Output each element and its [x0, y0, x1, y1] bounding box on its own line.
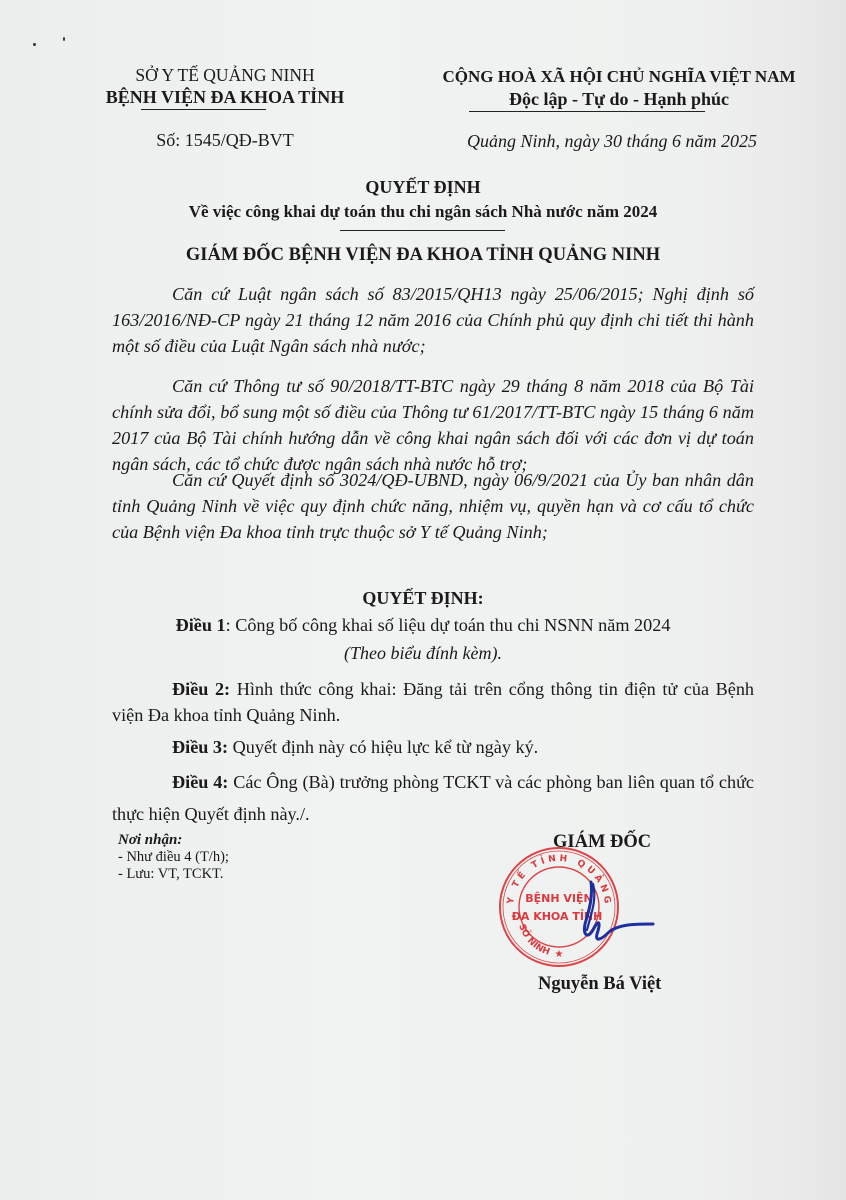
article-label: Điều 1	[176, 615, 226, 635]
issuing-agency: SỞ Y TẾ QUẢNG NINH BỆNH VIỆN ĐA KHOA TỈN…	[60, 64, 390, 108]
article-3: Điều 3: Quyết định này có hiệu lực kể từ…	[112, 734, 754, 760]
scan-speck	[63, 37, 65, 41]
divider	[469, 111, 705, 112]
agency-parent: SỞ Y TẾ QUẢNG NINH	[60, 64, 390, 86]
article-2: Điều 2: Hình thức công khai: Đăng tải tr…	[112, 676, 754, 728]
article-label: Điều 2:	[172, 679, 230, 699]
article-label: Điều 3:	[172, 737, 228, 757]
signer-name: Nguyễn Bá Việt	[538, 974, 661, 995]
scan-speck	[33, 43, 36, 46]
national-header: CỘNG HOÀ XÃ HỘI CHỦ NGHĨA VIỆT NAM Độc l…	[400, 66, 838, 110]
stamp-star-icon: ★	[555, 949, 564, 960]
national-motto: Độc lập - Tự do - Hạnh phúc	[400, 88, 838, 110]
document-number: Số: 1545/QĐ-BVT	[60, 130, 390, 151]
agency-name: BỆNH VIỆN ĐA KHOA TỈNH	[60, 86, 390, 108]
article-1-note: (Theo biểu đính kèm).	[0, 643, 846, 664]
recipient-item: - Như điều 4 (T/h);	[118, 849, 229, 866]
article-separator: :	[226, 615, 236, 635]
article-text: Quyết định này có hiệu lực kể từ ngày ký…	[233, 737, 539, 757]
article-1: Điều 1: Công bố công khai số liệu dự toá…	[0, 612, 846, 638]
article-label: Điều 4:	[172, 772, 228, 792]
document-type: QUYẾT ĐỊNH	[0, 177, 846, 198]
document-page: SỞ Y TẾ QUẢNG NINH BỆNH VIỆN ĐA KHOA TỈN…	[0, 0, 846, 1200]
issuing-authority: GIÁM ĐỐC BỆNH VIỆN ĐA KHOA TỈNH QUẢNG NI…	[0, 245, 846, 266]
divider	[340, 230, 505, 231]
divider	[141, 109, 266, 110]
handwritten-signature	[575, 880, 655, 950]
decision-heading: QUYẾT ĐỊNH:	[0, 588, 846, 609]
legal-basis-2: Căn cứ Thông tư số 90/2018/TT-BTC ngày 2…	[112, 373, 754, 477]
legal-basis-3: Căn cứ Quyết định số 3024/QĐ-UBND, ngày …	[112, 467, 754, 545]
nation-name: CỘNG HOÀ XÃ HỘI CHỦ NGHĨA VIỆT NAM	[400, 66, 838, 88]
article-separator	[230, 679, 237, 699]
article-4: Điều 4: Các Ông (Bà) trưởng phòng TCKT v…	[112, 766, 754, 830]
recipient-item: - Lưu: VT, TCKT.	[118, 866, 229, 883]
legal-basis-1: Căn cứ Luật ngân sách số 83/2015/QH13 ng…	[112, 281, 754, 359]
recipients: Nơi nhận: - Như điều 4 (T/h); - Lưu: VT,…	[118, 832, 229, 883]
article-text: Công bố công khai số liệu dự toán thu ch…	[235, 615, 670, 635]
document-subject: Về việc công khai dự toán thu chi ngân s…	[0, 202, 846, 222]
recipients-heading: Nơi nhận:	[118, 832, 229, 849]
place-date: Quảng Ninh, ngày 30 tháng 6 năm 2025	[360, 131, 757, 152]
